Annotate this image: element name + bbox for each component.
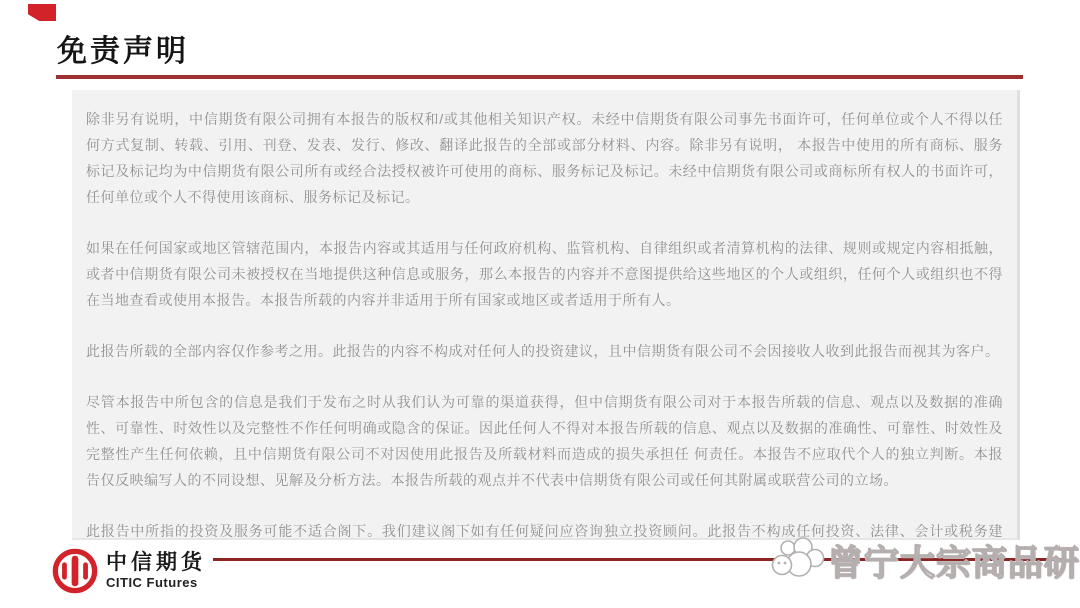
disclaimer-paragraph: 如果在任何国家或地区管辖范围内，本报告内容或其适用与任何政府机构、监管机构、自律… xyxy=(86,235,1003,313)
brand-lockup: 中信期货 CITIC Futures xyxy=(52,548,206,594)
title-divider-rule xyxy=(56,75,1023,79)
brand-text: 中信期货 CITIC Futures xyxy=(106,551,206,590)
brand-name-cn: 中信期货 xyxy=(106,551,206,574)
brand-name-en: CITIC Futures xyxy=(106,576,206,590)
footer: 中信期货 CITIC Futures 曾宁大宗商品研究 xyxy=(0,540,1080,608)
sheep-cloud-icon xyxy=(768,536,828,586)
citic-logo-icon xyxy=(52,548,98,594)
watermark: 曾宁大宗商品研究 xyxy=(768,536,1080,586)
page: { "slide": { "title": "免责声明", "paragraph… xyxy=(0,0,1080,608)
disclaimer-panel: 除非另有说明，中信期货有限公司拥有本报告的版权和/或其他相关知识产权。未经中信期… xyxy=(72,90,1020,540)
disclaimer-paragraph: 此报告所载的全部内容仅作参考之用。此报告的内容不构成对任何人的投资建议，且中信期… xyxy=(86,338,1003,364)
disclaimer-paragraph: 除非另有说明，中信期货有限公司拥有本报告的版权和/或其他相关知识产权。未经中信期… xyxy=(86,106,1003,210)
watermark-text: 曾宁大宗商品研究 xyxy=(828,536,1080,586)
disclaimer-paragraph: 尽管本报告中所包含的信息是我们于发布之时从我们认为可靠的渠道获得，但中信期货有限… xyxy=(86,389,1003,493)
red-corner-mark xyxy=(28,4,56,21)
page-title: 免责声明 xyxy=(57,26,189,70)
